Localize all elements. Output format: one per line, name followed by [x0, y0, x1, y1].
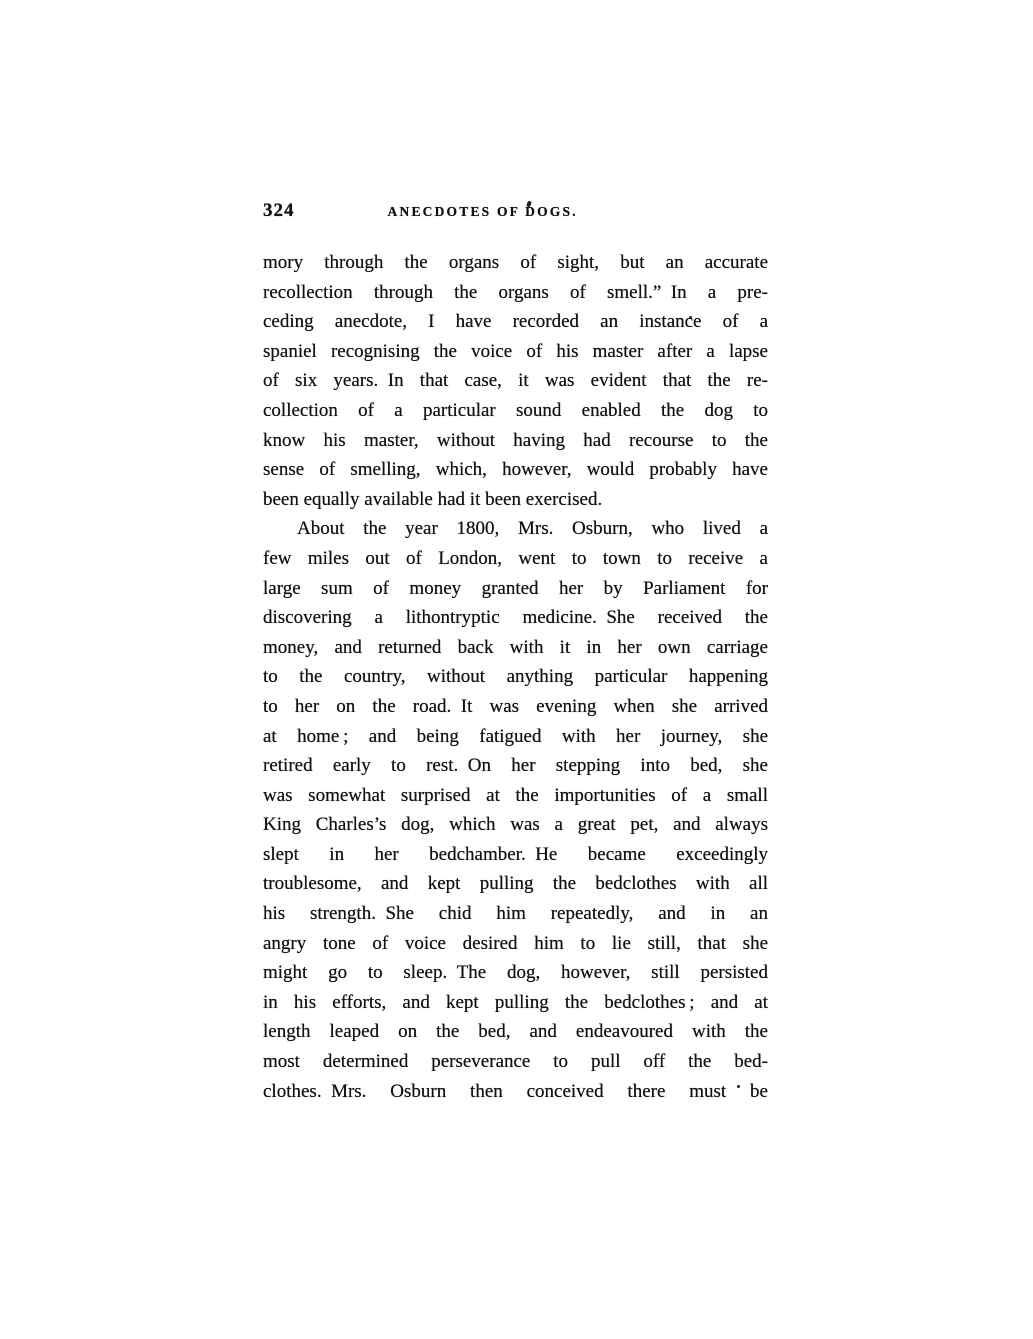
text-line: to her on the road. It was evening when … — [263, 692, 768, 722]
text-line: might go to sleep. The dog, however, sti… — [263, 958, 768, 988]
running-title: ANECDOTES OF DOGS. — [388, 204, 578, 220]
text-line: About the year 1800, Mrs. Osburn, who li… — [263, 514, 768, 544]
book-page: 324 ANECDOTES OF DOGS. mory through the … — [0, 0, 1033, 1339]
text-line: King Charles’s dog, which was a great pe… — [263, 810, 768, 840]
text-line: angry tone of voice desired him to lie s… — [263, 929, 768, 959]
text-line: recollection through the organs of smell… — [263, 278, 768, 308]
text-line: ceding anecdote, I have recorded an inst… — [263, 307, 768, 337]
text-line: to the country, without anything particu… — [263, 662, 768, 692]
page-number: 324 — [263, 200, 295, 222]
page-header: 324 ANECDOTES OF DOGS. — [263, 200, 768, 226]
text-line: know his master, without having had reco… — [263, 426, 768, 456]
text-line: of six years. In that case, it was evide… — [263, 366, 768, 396]
text-line: slept in her bedchamber. He became excee… — [263, 840, 768, 870]
text-line: was somewhat surprised at the importunit… — [263, 781, 768, 811]
scan-artifact-speck — [689, 316, 692, 319]
text-line: spaniel recognising the voice of his mas… — [263, 337, 768, 367]
text-line: most determined perseverance to pull off… — [263, 1047, 768, 1077]
text-line: troublesome, and kept pulling the bedclo… — [263, 869, 768, 899]
body-text: mory through the organs of sight, but an… — [263, 248, 768, 1106]
text-line: collection of a particular sound enabled… — [263, 396, 768, 426]
text-line: retired early to rest. On her stepping i… — [263, 751, 768, 781]
text-line: discovering a lithontryptic medicine. Sh… — [263, 603, 768, 633]
text-line: money, and returned back with it in her … — [263, 633, 768, 663]
text-line: mory through the organs of sight, but an… — [263, 248, 768, 278]
scan-artifact-speck — [737, 1085, 740, 1088]
text-line: at home ; and being fatigued with her jo… — [263, 722, 768, 752]
text-line: length leaped on the bed, and endeavoure… — [263, 1017, 768, 1047]
text-line: his strength. She chid him repeatedly, a… — [263, 899, 768, 929]
text-line: sense of smelling, which, however, would… — [263, 455, 768, 485]
text-line: clothes. Mrs. Osburn then conceived ther… — [263, 1077, 768, 1107]
text-line: few miles out of London, went to town to… — [263, 544, 768, 574]
text-line: in his efforts, and kept pulling the bed… — [263, 988, 768, 1018]
text-line: large sum of money granted her by Parlia… — [263, 574, 768, 604]
text-line: been equally available had it been exerc… — [263, 485, 768, 515]
